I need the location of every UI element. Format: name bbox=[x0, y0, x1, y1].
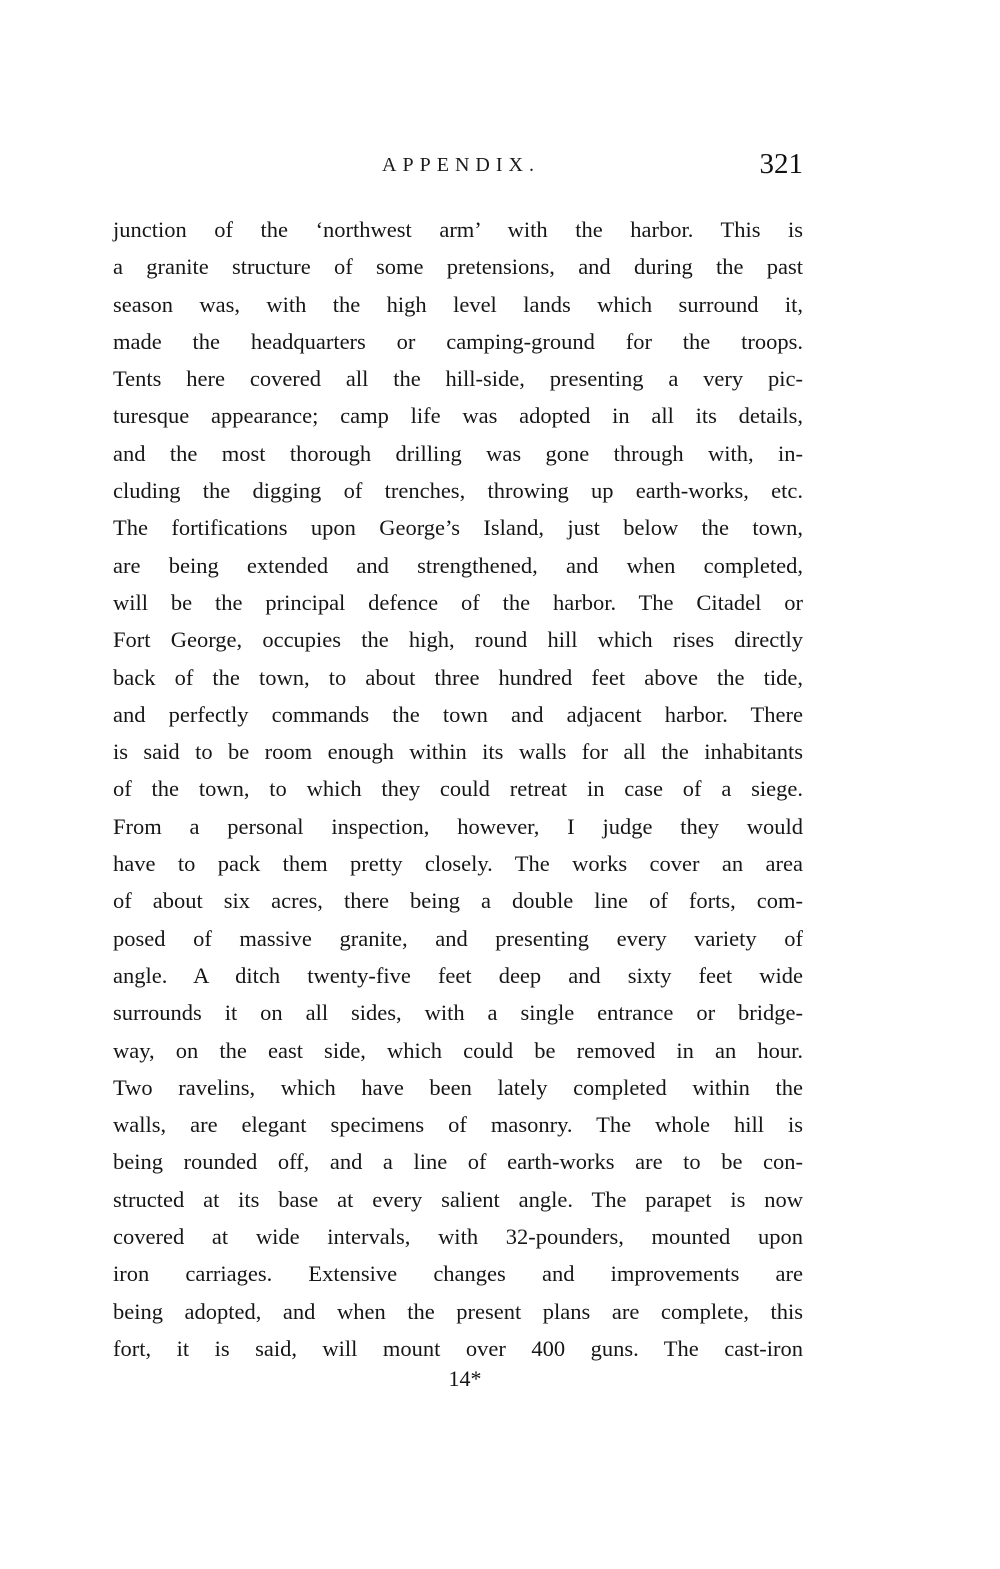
text-line: walls, are elegant specimens of masonry.… bbox=[113, 1106, 803, 1143]
text-line: and perfectly commands the town and adja… bbox=[113, 696, 803, 733]
running-title: APPENDIX. bbox=[113, 154, 803, 177]
text-line: junction of the ‘northwest arm’ with the… bbox=[113, 211, 803, 248]
text-line: of the town, to which they could retreat… bbox=[113, 770, 803, 807]
text-line: Fort George, occupies the high, round hi… bbox=[113, 621, 803, 658]
text-line: back of the town, to about three hundred… bbox=[113, 659, 803, 696]
text-line: a granite structure of some pretensions,… bbox=[113, 248, 803, 285]
text-line: and the most thorough drilling was gone … bbox=[113, 435, 803, 472]
text-line: have to pack them pretty closely. The wo… bbox=[113, 845, 803, 882]
text-line: covered at wide intervals, with 32-pound… bbox=[113, 1218, 803, 1255]
text-line: Two ravelins, which have been lately com… bbox=[113, 1069, 803, 1106]
text-line: fort, it is said, will mount over 400 gu… bbox=[113, 1330, 803, 1367]
text-line: way, on the east side, which could be re… bbox=[113, 1032, 803, 1069]
text-line: posed of massive granite, and presenting… bbox=[113, 920, 803, 957]
text-line: angle. A ditch twenty-five feet deep and… bbox=[113, 957, 803, 994]
text-line: structed at its base at every salient an… bbox=[113, 1181, 803, 1218]
text-line: of about six acres, there being a double… bbox=[113, 882, 803, 919]
text-line: will be the principal defence of the har… bbox=[113, 584, 803, 621]
page-number: 321 bbox=[760, 148, 804, 181]
text-line: turesque appearance; camp life was adopt… bbox=[113, 397, 803, 434]
text-line: iron carriages. Extensive changes and im… bbox=[113, 1255, 803, 1292]
text-line: being rounded off, and a line of earth-w… bbox=[113, 1143, 803, 1180]
body-text: junction of the ‘northwest arm’ with the… bbox=[113, 211, 803, 1367]
text-line: The fortifications upon George’s Island,… bbox=[113, 509, 803, 546]
signature-mark: 14* bbox=[0, 1366, 930, 1392]
text-line: cluding the digging of trenches, throwin… bbox=[113, 472, 803, 509]
book-page: APPENDIX. 321 junction of the ‘northwest… bbox=[0, 0, 1000, 1569]
text-line: surrounds it on all sides, with a single… bbox=[113, 994, 803, 1031]
text-line: made the headquarters or camping-ground … bbox=[113, 323, 803, 360]
running-head: APPENDIX. 321 bbox=[113, 148, 803, 184]
text-line: From a personal inspection, however, I j… bbox=[113, 808, 803, 845]
text-line: season was, with the high level lands wh… bbox=[113, 286, 803, 323]
text-line: is said to be room enough within its wal… bbox=[113, 733, 803, 770]
text-line: being adopted, and when the present plan… bbox=[113, 1293, 803, 1330]
text-line: Tents here covered all the hill-side, pr… bbox=[113, 360, 803, 397]
text-line: are being extended and strengthened, and… bbox=[113, 547, 803, 584]
